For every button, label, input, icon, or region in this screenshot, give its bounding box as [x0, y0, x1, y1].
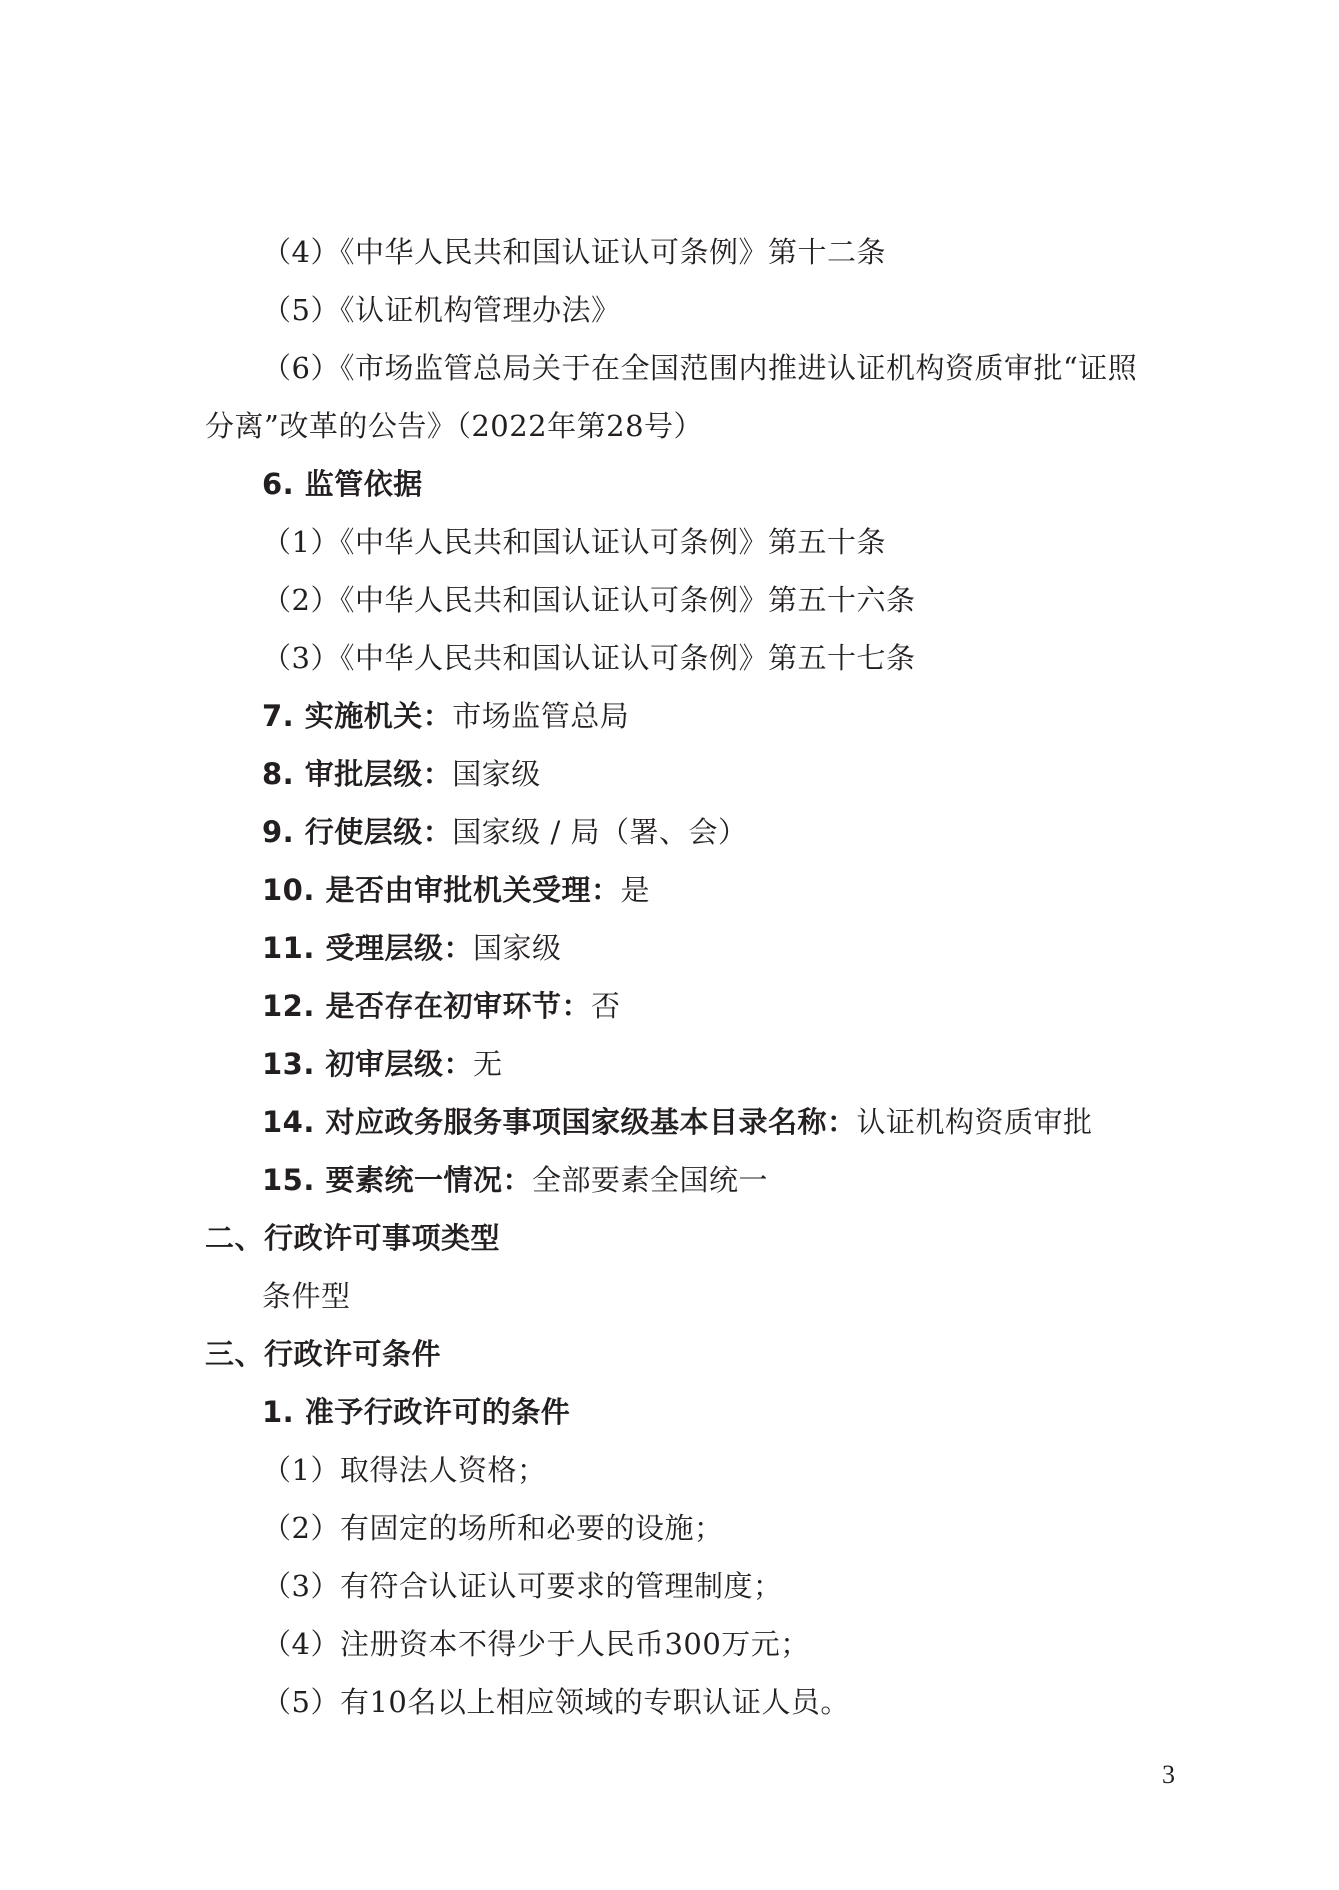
condition-item-1: （1）取得法人资格；	[205, 1441, 1180, 1499]
field-label: 7. 实施机关：	[262, 699, 452, 733]
field-label: 11. 受理层级：	[262, 931, 473, 965]
document-page: （4）《中华人民共和国认证认可条例》第十二条 （5）《认证机构管理办法》 （6）…	[205, 223, 1180, 1731]
field-exercise-level: 9. 行使层级：国家级 / 局（署、会）	[205, 803, 1180, 861]
section-heading-permit-conditions: 三、行政许可条件	[205, 1325, 1180, 1383]
field-implementing-agency: 7. 实施机关：市场监管总局	[205, 687, 1180, 745]
field-value: 无	[473, 1047, 503, 1081]
field-label: 8. 审批层级：	[262, 757, 452, 791]
section-heading-permit-type: 二、行政许可事项类型	[205, 1209, 1180, 1267]
condition-item-2: （2）有固定的场所和必要的设施；	[205, 1499, 1180, 1557]
page-number: 3	[1162, 1760, 1175, 1790]
field-value: 认证机构资质审批	[856, 1105, 1092, 1139]
legal-basis-item-5: （5）《认证机构管理办法》	[205, 281, 1180, 339]
condition-item-3: （3）有符合认证认可要求的管理制度；	[205, 1557, 1180, 1615]
field-value: 国家级 / 局（署、会）	[452, 815, 747, 849]
field-label: 15. 要素统一情况：	[262, 1163, 532, 1197]
field-accepted-by-approval-authority: 10. 是否由审批机关受理：是	[205, 861, 1180, 919]
field-label: 9. 行使层级：	[262, 815, 452, 849]
legal-basis-item-6-continued: 分离”改革的公告》（2022年第28号）	[205, 397, 1180, 455]
field-value: 国家级	[452, 757, 541, 791]
field-value: 全部要素全国统一	[532, 1163, 768, 1197]
supervision-basis-item-1: （1）《中华人民共和国认证认可条例》第五十条	[205, 513, 1180, 571]
field-label: 13. 初审层级：	[262, 1047, 473, 1081]
subsection-heading-approval-conditions: 1. 准予行政许可的条件	[205, 1383, 1180, 1441]
field-national-catalog-name: 14. 对应政务服务事项国家级基本目录名称：认证机构资质审批	[205, 1093, 1180, 1151]
field-approval-level: 8. 审批层级：国家级	[205, 745, 1180, 803]
field-value: 是	[620, 873, 650, 907]
field-value: 国家级	[473, 931, 562, 965]
field-value: 市场监管总局	[452, 699, 629, 733]
field-label: 12. 是否存在初审环节：	[262, 989, 591, 1023]
supervision-basis-item-3: （3）《中华人民共和国认证认可条例》第五十七条	[205, 629, 1180, 687]
supervision-basis-item-2: （2）《中华人民共和国认证认可条例》第五十六条	[205, 571, 1180, 629]
condition-item-4: （4）注册资本不得少于人民币300万元；	[205, 1615, 1180, 1673]
field-preliminary-review-exists: 12. 是否存在初审环节：否	[205, 977, 1180, 1035]
section-heading-supervision-basis: 6. 监管依据	[205, 455, 1180, 513]
legal-basis-item-6: （6）《市场监管总局关于在全国范围内推进认证机构资质审批“证照	[205, 339, 1180, 397]
field-label: 10. 是否由审批机关受理：	[262, 873, 620, 907]
condition-item-5: （5）有10名以上相应领域的专职认证人员。	[205, 1673, 1180, 1731]
field-label: 14. 对应政务服务事项国家级基本目录名称：	[262, 1105, 856, 1139]
field-element-unification: 15. 要素统一情况：全部要素全国统一	[205, 1151, 1180, 1209]
field-preliminary-review-level: 13. 初审层级：无	[205, 1035, 1180, 1093]
permit-type-value: 条件型	[205, 1267, 1180, 1325]
field-acceptance-level: 11. 受理层级：国家级	[205, 919, 1180, 977]
legal-basis-item-4: （4）《中华人民共和国认证认可条例》第十二条	[205, 223, 1180, 281]
field-value: 否	[591, 989, 621, 1023]
